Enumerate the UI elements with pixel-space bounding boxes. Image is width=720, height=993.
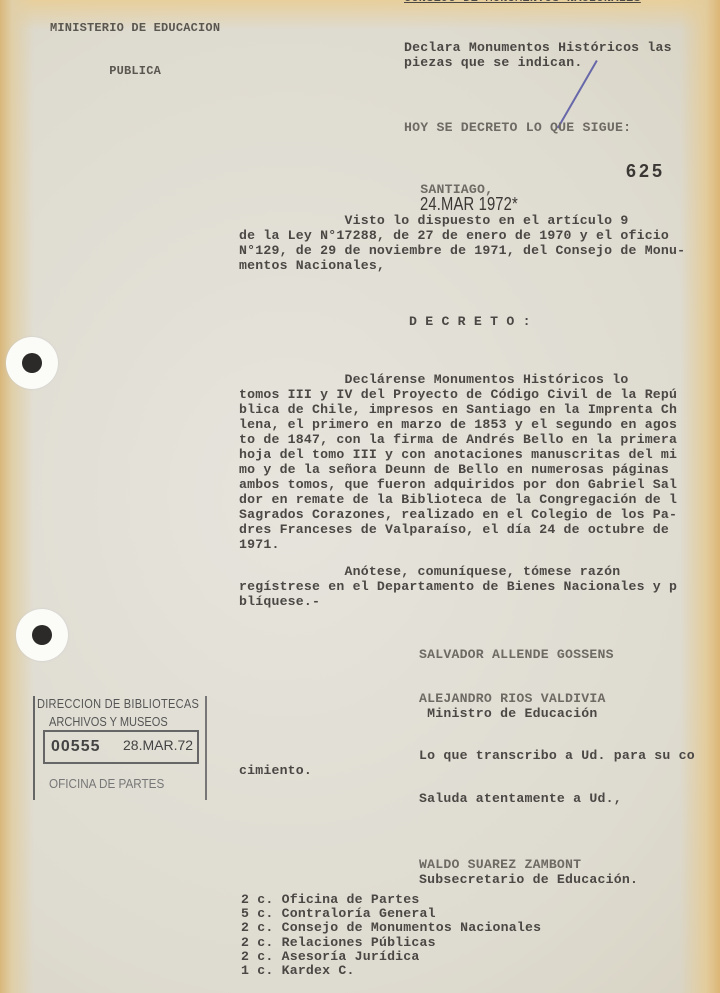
list-item: 2 c. Consejo de Monumentos Nacionales xyxy=(241,921,541,936)
undersecretary-title: Subsecretario de Educación. xyxy=(419,873,638,888)
undersecretary-name: WALDO SUAREZ ZAMBONT xyxy=(419,858,581,873)
text-line: 1971. xyxy=(239,538,280,553)
punch-hole-top xyxy=(6,337,58,389)
text-line: Sagrados Corazones, realizado en el Cole… xyxy=(239,508,677,523)
decree-number: 625 xyxy=(626,164,665,179)
stamp-inner-box: 00555 28.MAR.72 xyxy=(43,730,199,764)
list-item: 1 c. Kardex C. xyxy=(241,964,355,979)
date-stamp: 24.MAR 1972* xyxy=(420,197,518,212)
ministry-line2: PUBLICA xyxy=(50,64,220,78)
stamp-line1: DIRECCION DE BIBLIOTECAS xyxy=(37,696,199,711)
text-line: N°129, de 29 de noviembre de 1971, del C… xyxy=(239,244,685,259)
transcription-line2: cimiento. xyxy=(239,764,312,779)
greeting: Saluda atentamente a Ud., xyxy=(419,792,622,807)
subject-line2: piezas que se indican. xyxy=(404,56,583,71)
text-line: to de 1847, con la firma de Andrés Bello… xyxy=(239,433,677,448)
reception-stamp: DIRECCION DE BIBLIOTECAS ARCHIVOS Y MUSE… xyxy=(33,696,207,800)
stamp-number: 00555 xyxy=(51,738,101,756)
president-signature: SALVADOR ALLENDE GOSSENS xyxy=(419,648,614,663)
stamp-date: 28.MAR.72 xyxy=(123,737,193,753)
text-line: dor en remate de la Biblioteca de la Con… xyxy=(239,493,677,508)
text-line: hoja del tomo III y con anotaciones manu… xyxy=(239,448,677,463)
text-line: mo y de la señora Deunn de Bello en nume… xyxy=(239,463,669,478)
text-line: regístrese en el Departamento de Bienes … xyxy=(239,580,677,595)
decreed-line: HOY SE DECRETO LO QUE SIGUE: xyxy=(404,121,631,136)
text-line: de la Ley N°17288, de 27 de enero de 197… xyxy=(239,229,669,244)
minister-title: Ministro de Educación xyxy=(419,707,598,722)
text-line: tomos III y IV del Proyecto de Código Ci… xyxy=(239,388,677,403)
stamp-line2: ARCHIVOS Y MUSEOS xyxy=(49,714,168,729)
transcription-line1: Lo que transcribo a Ud. para su co xyxy=(419,749,695,764)
minister-name: ALEJANDRO RIOS VALDIVIA xyxy=(419,692,606,707)
punch-hole-bottom xyxy=(16,609,68,661)
place-date: SANTIAGO, 24.MAR 1972* xyxy=(404,168,540,215)
text-line: Declárense Monumentos Históricos lo xyxy=(239,373,628,388)
text-line: dres Franceses de Valparaíso, el día 24 … xyxy=(239,523,669,538)
text-line: blíquese.- xyxy=(239,595,320,610)
text-line: Anótese, comuníquese, tómese razón xyxy=(239,565,620,580)
ministry-header: MINISTERIO DE EDUCACION PUBLICA xyxy=(50,0,220,93)
subject-line1: Declara Monumentos Históricos las xyxy=(404,41,672,56)
decree-heading: D E C R E T O : xyxy=(409,315,531,330)
text-line: mentos Nacionales, xyxy=(239,259,385,274)
text-line: lena, el primero en marzo de 1853 y el s… xyxy=(239,418,677,433)
text-line: Visto lo dispuesto en el artículo 9 xyxy=(239,214,628,229)
text-line: blica de Chile, impresos en Santiago en … xyxy=(239,403,677,418)
ministry-line1: MINISTERIO DE EDUCACION xyxy=(50,21,220,35)
stamp-line3: OFICINA DE PARTES xyxy=(49,776,164,791)
text-line: ambos tomos, que fueron adquiridos por d… xyxy=(239,478,677,493)
council-header: CONSEJO DE MONUMENTOS NACIONALES xyxy=(404,0,641,6)
